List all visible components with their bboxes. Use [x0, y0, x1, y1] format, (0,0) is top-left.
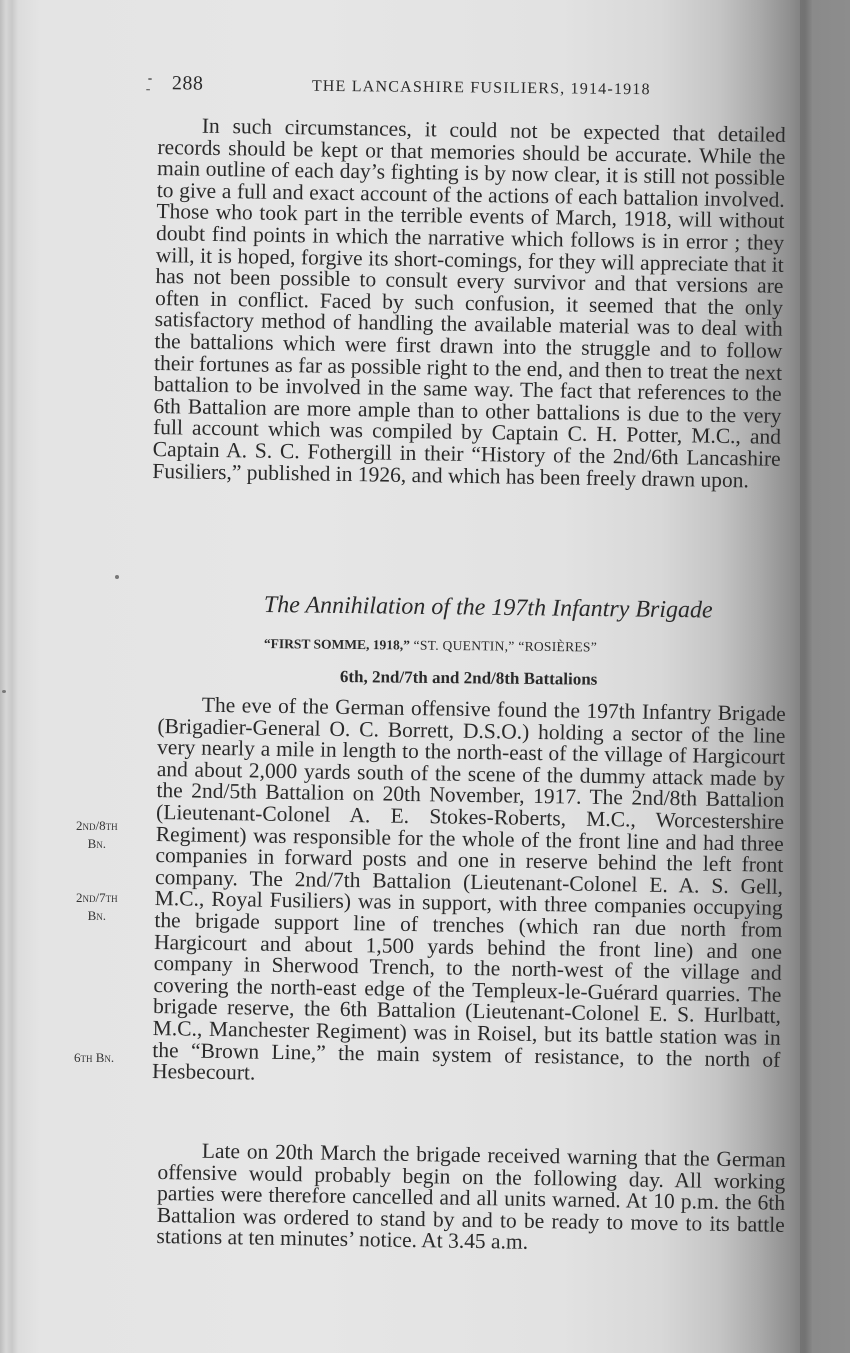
page-mark: - — [146, 82, 151, 98]
margin-note-line: 6th Bn. — [74, 1049, 114, 1067]
battle-honours: “FIRST SOMME, 1918,” “ST. QUENTIN,” “ROS… — [264, 636, 597, 655]
intro-paragraph-block: In such circumstances, it could not be e… — [152, 115, 786, 492]
section-units: 6th, 2nd/7th and 2nd/8th Battalions — [340, 667, 598, 690]
honours-rest: “ST. QUENTIN,” “ROSIÈRES” — [410, 638, 597, 655]
paragraph: Late on 20th March the brigade received … — [156, 1140, 786, 1258]
margin-note-line: 2nd/7th — [76, 889, 118, 907]
paper-speck — [115, 575, 119, 579]
honours-bold: “FIRST SOMME, 1918,” — [264, 636, 410, 653]
running-title: THE LANCASHIRE FUSILIERS, 1914-1918 — [312, 78, 651, 100]
warning-paragraph-block: Late on 20th March the brigade received … — [156, 1140, 786, 1258]
paragraph: In such circumstances, it could not be e… — [152, 115, 786, 492]
paper-speck — [148, 78, 152, 80]
margin-note-6th: 6th Bn. — [74, 1049, 114, 1067]
page-content: - 288 THE LANCASHIRE FUSILIERS, 1914-191… — [0, 0, 850, 1353]
brigade-paragraph-block: The eve of the German offensive found th… — [152, 694, 786, 1093]
running-header: - 288 THE LANCASHIRE FUSILIERS, 1914-191… — [150, 72, 710, 108]
section-title: The Annihilation of the 197th Infantry B… — [264, 592, 713, 624]
margin-note-line: 2nd/8th — [76, 817, 118, 835]
paper-speck — [2, 690, 6, 693]
margin-note-2nd-7th: 2nd/7th Bn. — [76, 889, 118, 925]
paragraph: The eve of the German offensive found th… — [152, 694, 786, 1093]
page-number: 288 — [172, 72, 204, 95]
margin-note-2nd-8th: 2nd/8th Bn. — [76, 817, 118, 853]
margin-note-line: Bn. — [76, 835, 118, 853]
margin-note-line: Bn. — [76, 907, 118, 925]
